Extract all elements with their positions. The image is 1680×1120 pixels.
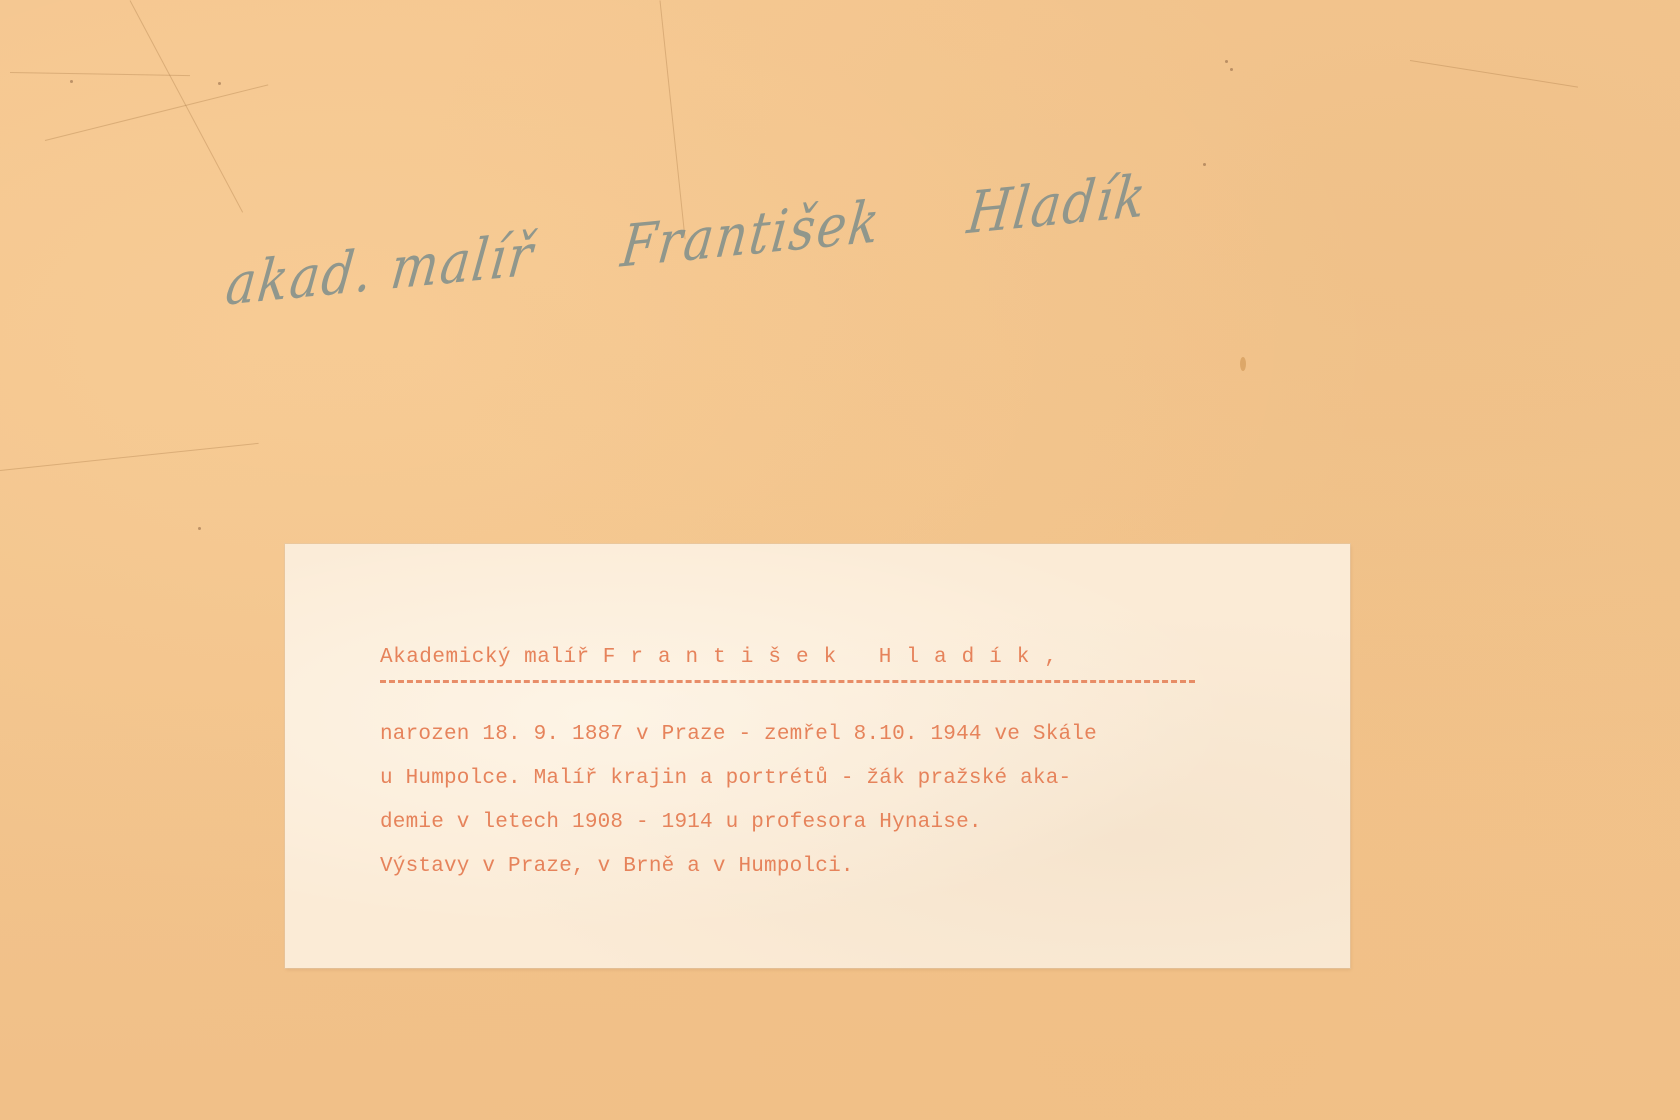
backing-board: akad. malíř František Hladík Akademický … xyxy=(0,0,1680,1120)
label-title-name: František Hladík, xyxy=(603,646,1072,669)
scratch-mark xyxy=(0,443,259,471)
label-title-prefix: Akademický malíř xyxy=(380,646,590,669)
label-title: Akademický malíř František Hladík, xyxy=(380,636,1195,680)
scratch-mark xyxy=(45,84,268,141)
scratch-mark xyxy=(660,0,686,239)
speck xyxy=(70,80,73,83)
speck xyxy=(1225,60,1228,63)
label-separator xyxy=(380,680,1195,693)
typed-label: Akademický malíř František Hladík, naroz… xyxy=(285,544,1350,968)
inscription-word: František xyxy=(618,188,885,281)
scratch-mark xyxy=(1410,60,1578,88)
handwritten-inscription: akad. malíř František Hladík xyxy=(224,148,1355,425)
inscription-word: akad. malíř xyxy=(223,221,538,318)
label-text-block: Akademický malíř František Hladík, naroz… xyxy=(380,636,1195,889)
label-line: demie v letech 1908 - 1914 u profesora H… xyxy=(380,801,1195,845)
speck xyxy=(198,527,201,530)
scratch-mark xyxy=(10,72,190,76)
speck xyxy=(218,82,221,85)
speck xyxy=(1230,68,1233,71)
scratch-mark xyxy=(130,0,244,212)
label-line: narozen 18. 9. 1887 v Praze - zemřel 8.1… xyxy=(380,713,1195,757)
speck xyxy=(1240,357,1246,371)
inscription-word: Hladík xyxy=(964,162,1151,247)
label-line: Výstavy v Praze, v Brně a v Humpolci. xyxy=(380,845,1195,889)
label-line: u Humpolce. Malíř krajin a portrétů - žá… xyxy=(380,757,1195,801)
